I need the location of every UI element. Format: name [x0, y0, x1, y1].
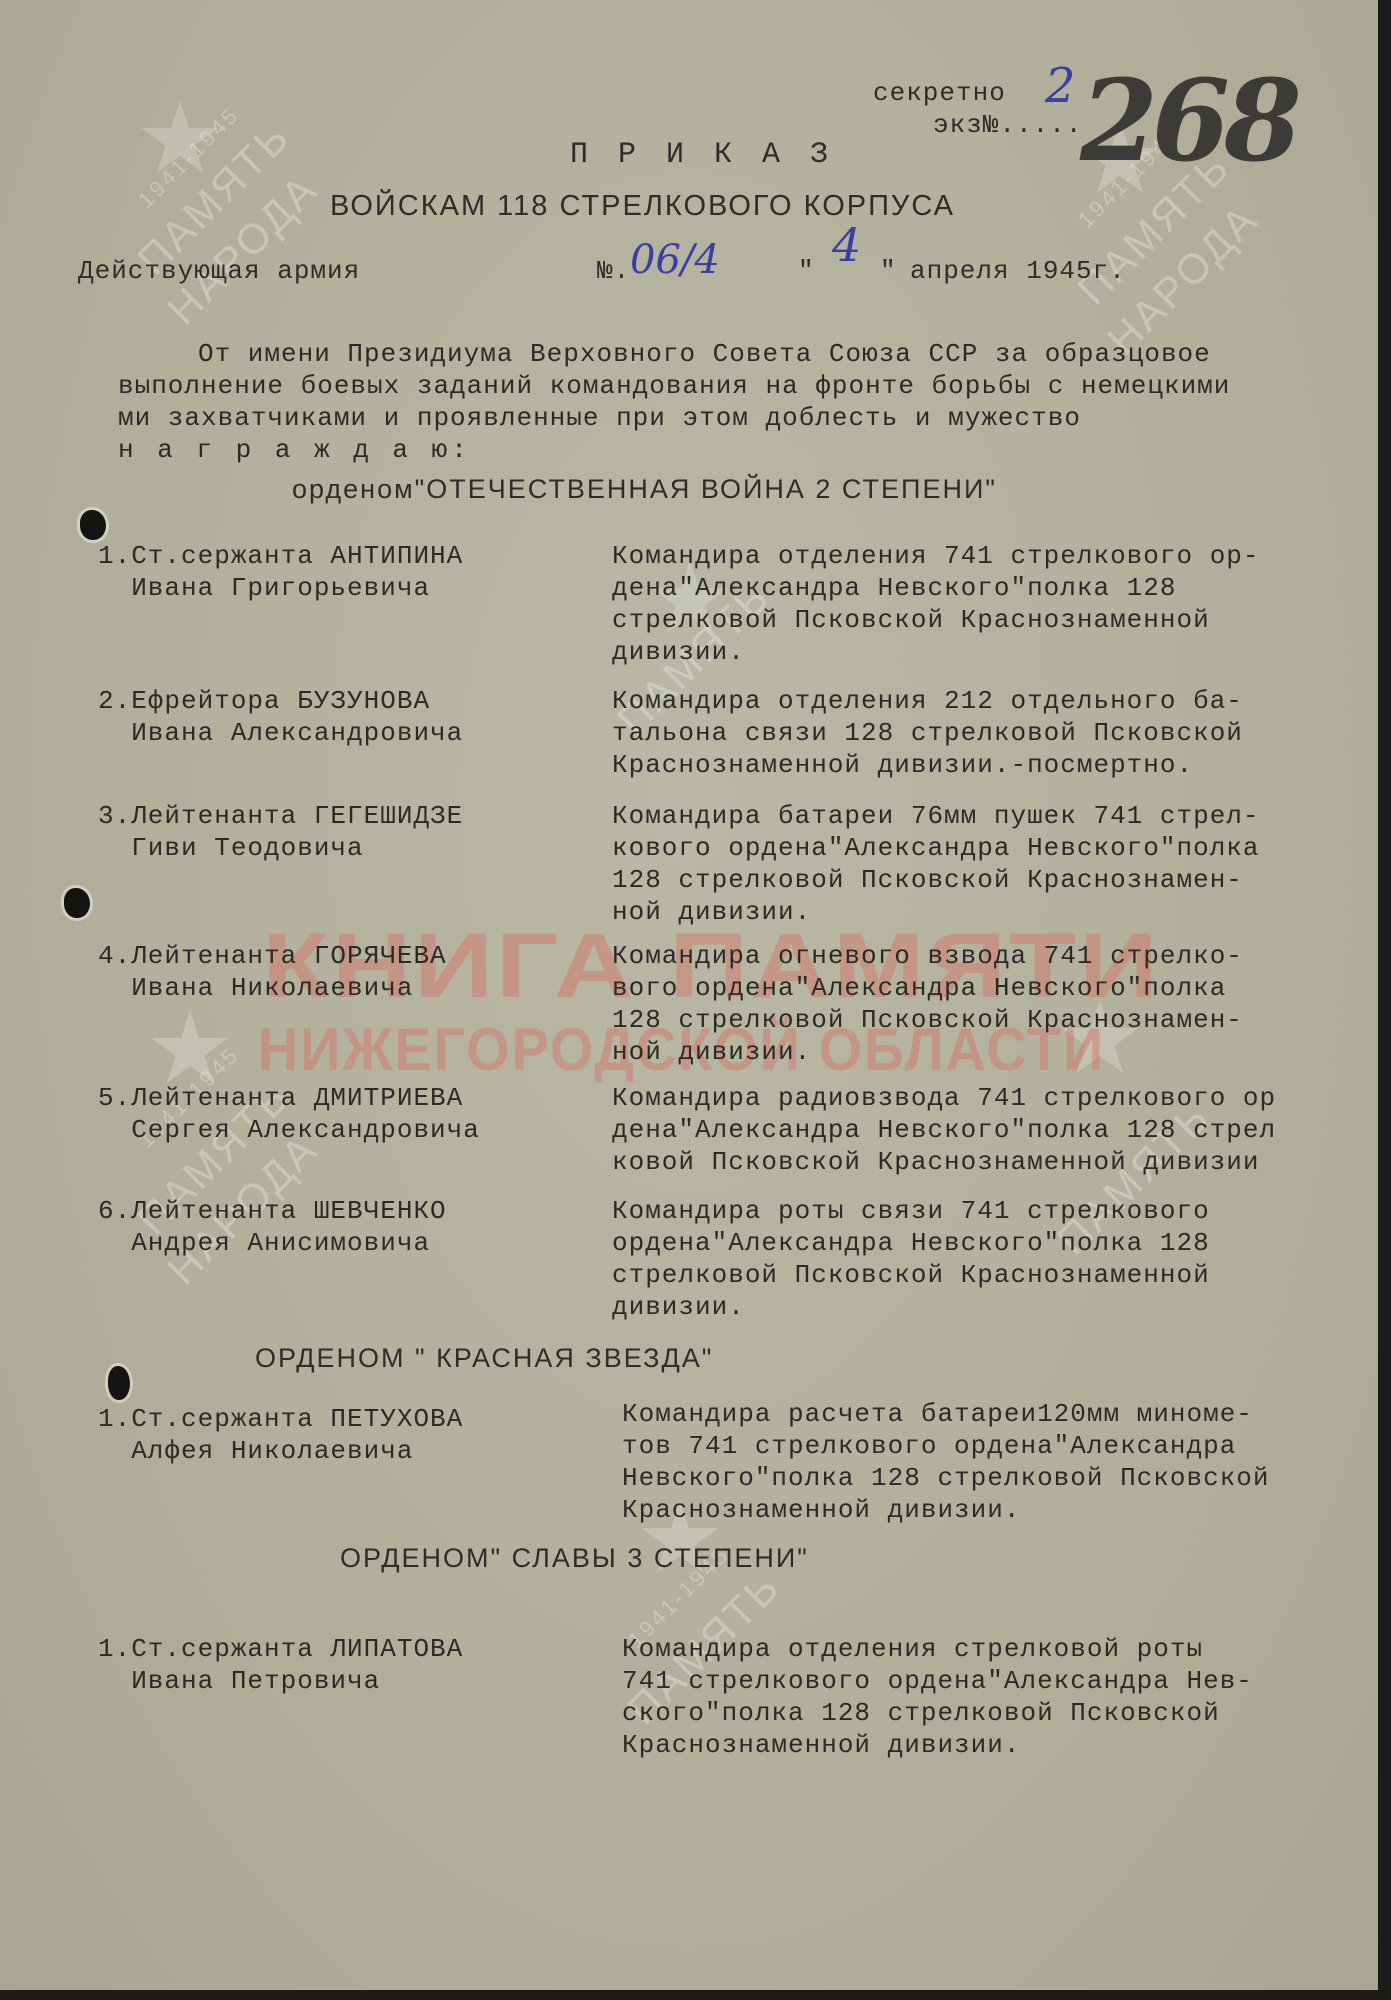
date-open-quote: " [798, 258, 815, 284]
scan-border-bottom [0, 1990, 1391, 2000]
award-entry-description: Командира отделения 741 стрелкового ор- … [612, 540, 1260, 668]
award-entry-name: 5.Лейтенанта ДМИТРИЕВА Сергея Александро… [98, 1082, 480, 1146]
date-month-year: апреля 1945г. [910, 258, 1126, 284]
punch-hole [80, 510, 106, 540]
document-page: 1941-1945 ПАМЯТЬ НАРОДА 1941-1945 ПАМЯТЬ… [0, 0, 1378, 1990]
recipient-rank-surname: 1.Ст.сержанта АНТИПИНА [98, 540, 463, 572]
section-title-patriotic-war: орденом"ОТЕЧЕСТВЕННАЯ ВОЙНА 2 СТЕПЕНИ" [292, 476, 997, 503]
description-line: дена"Александра Невского"полка 128 [612, 572, 1260, 604]
recipient-given-names: Андрея Анисимовича [98, 1227, 447, 1259]
addressee-heading: ВОЙСКАМ 118 СТРЕЛКОВОГО КОРПУСА [330, 192, 955, 221]
award-entry-name: 1.Ст.сержанта ЛИПАТОВА Ивана Петровича [98, 1633, 463, 1697]
punch-hole [108, 1366, 130, 1400]
recipient-given-names: Ивана Григорьевича [98, 572, 463, 604]
preamble-line: ми захватчиками и проявленные при этом д… [118, 402, 1230, 434]
section-title-red-star: ОРДЕНОМ " КРАСНАЯ ЗВЕЗДА" [255, 1345, 713, 1372]
description-line: Командира огневого взвода 741 стрелко- [612, 940, 1243, 972]
award-entry-name: 2.Ефрейтора БУЗУНОВА Ивана Александрович… [98, 685, 463, 749]
punch-hole [64, 888, 90, 918]
copy-number-label: экз№..... [933, 112, 1082, 138]
recipient-given-names: Ивана Николаевича [98, 972, 447, 1004]
recipient-rank-surname: 1.Ст.сержанта ЛИПАТОВА [98, 1633, 463, 1665]
recipient-given-names: Ивана Петровича [98, 1665, 463, 1697]
description-line: ной дивизии. [612, 896, 1260, 928]
description-line: стрелковой Псковской Краснознаменной [612, 604, 1260, 636]
award-entry-description: Командира батареи 76мм пушек 741 стрел- … [612, 800, 1260, 928]
award-entry-description: Командира отделения стрелковой роты 741 … [622, 1633, 1253, 1761]
description-line: дивизии. [612, 1291, 1210, 1323]
recipient-rank-surname: 3.Лейтенанта ГЕГЕШИДЗЕ [98, 800, 463, 832]
preamble-line: От имени Президиума Верховного Совета Со… [118, 338, 1230, 370]
description-line: Краснознаменной дивизии.-посмертно. [612, 749, 1243, 781]
description-line: кового ордена"Александра Невского"полка [612, 832, 1260, 864]
description-line: Командира отделения 212 отдельного ба- [612, 685, 1243, 717]
preamble: От имени Президиума Верховного Совета Со… [118, 338, 1230, 466]
award-entry-description: Командира отделения 212 отдельного ба- т… [612, 685, 1243, 781]
award-entry-name: 4.Лейтенанта ГОРЯЧЕВА Ивана Николаевича [98, 940, 447, 1004]
recipient-rank-surname: 4.Лейтенанта ГОРЯЧЕВА [98, 940, 447, 972]
scan-border-right [1378, 0, 1391, 2000]
recipient-rank-surname: 2.Ефрейтора БУЗУНОВА [98, 685, 463, 717]
registration-number-handwritten: 268 [1080, 66, 1296, 178]
award-entry-description: Командира огневого взвода 741 стрелко- в… [612, 940, 1243, 1068]
description-line: Краснознаменной дивизии. [622, 1494, 1270, 1526]
copy-number-handwritten: 2 [1045, 62, 1076, 110]
secret-label: секретно [873, 80, 1006, 106]
recipient-given-names: Сергея Александровича [98, 1114, 480, 1146]
recipient-given-names: Ивана Александровича [98, 717, 463, 749]
preamble-line: н а г р а ж д а ю: [118, 434, 1230, 466]
description-line: 128 стрелковой Псковской Краснознамен- [612, 864, 1260, 896]
award-entry-name: 1.Ст.сержанта АНТИПИНА Ивана Григорьевич… [98, 540, 463, 604]
order-number-handwritten: 06/4 [630, 240, 720, 280]
award-entry-name: 3.Лейтенанта ГЕГЕШИДЗЕ Гиви Теодовича [98, 800, 463, 864]
description-line: Краснознаменной дивизии. [622, 1729, 1253, 1761]
description-line: ной дивизии. [612, 1036, 1243, 1068]
description-line: 128 стрелковой Псковской Краснознамен- [612, 1004, 1243, 1036]
description-line: Командира расчета батареи120мм миноме- [622, 1398, 1270, 1430]
recipient-rank-surname: 1.Ст.сержанта ПЕТУХОВА [98, 1403, 463, 1435]
date-close-quote: " [880, 258, 897, 284]
date-day-handwritten: 4 [832, 222, 861, 268]
award-entry-name: 6.Лейтенанта ШЕВЧЕНКО Андрея Анисимовича [98, 1195, 447, 1259]
description-line: ского"полка 128 стрелковой Псковской [622, 1697, 1253, 1729]
order-number-prefix: №. [597, 258, 630, 284]
location-label: Действующая армия [78, 258, 360, 284]
recipient-given-names: Гиви Теодовича [98, 832, 463, 864]
preamble-line: выполнение боевых заданий командования н… [118, 370, 1230, 402]
recipient-rank-surname: 5.Лейтенанта ДМИТРИЕВА [98, 1082, 480, 1114]
recipient-given-names: Алфея Николаевича [98, 1435, 463, 1467]
description-line: Командира батареи 76мм пушек 741 стрел- [612, 800, 1260, 832]
section-title-glory: ОРДЕНОМ" СЛАВЫ 3 СТЕПЕНИ" [340, 1545, 809, 1572]
award-entry-description: Командира роты связи 741 стрелкового орд… [612, 1195, 1210, 1323]
description-line: Командира отделения стрелковой роты [622, 1633, 1253, 1665]
recipient-rank-surname: 6.Лейтенанта ШЕВЧЕНКО [98, 1195, 447, 1227]
description-line: вого ордена"Александра Невского"полка [612, 972, 1243, 1004]
description-line: тальона связи 128 стрелковой Псковской [612, 717, 1243, 749]
description-line: дена"Александра Невского"полка 128 стрел [612, 1114, 1276, 1146]
description-line: Командира отделения 741 стрелкового ор- [612, 540, 1260, 572]
description-line: стрелковой Псковской Краснознаменной [612, 1259, 1210, 1291]
description-line: 741 стрелкового ордена"Александра Нев- [622, 1665, 1253, 1697]
description-line: Командира роты связи 741 стрелкового [612, 1195, 1210, 1227]
description-line: дивизии. [612, 636, 1260, 668]
award-entry-name: 1.Ст.сержанта ПЕТУХОВА Алфея Николаевича [98, 1403, 463, 1467]
description-line: Командира радиовзвода 741 стрелкового ор [612, 1082, 1276, 1114]
description-line: ковой Псковской Краснознаменной дивизии [612, 1146, 1276, 1178]
award-entry-description: Командира расчета батареи120мм миноме- т… [622, 1398, 1270, 1526]
document-type-heading: П Р И К А З [570, 140, 834, 170]
description-line: ордена"Александра Невского"полка 128 [612, 1227, 1210, 1259]
description-line: тов 741 стрелкового ордена"Александра [622, 1430, 1270, 1462]
award-entry-description: Командира радиовзвода 741 стрелкового ор… [612, 1082, 1276, 1178]
description-line: Невского"полка 128 стрелковой Псковской [622, 1462, 1270, 1494]
